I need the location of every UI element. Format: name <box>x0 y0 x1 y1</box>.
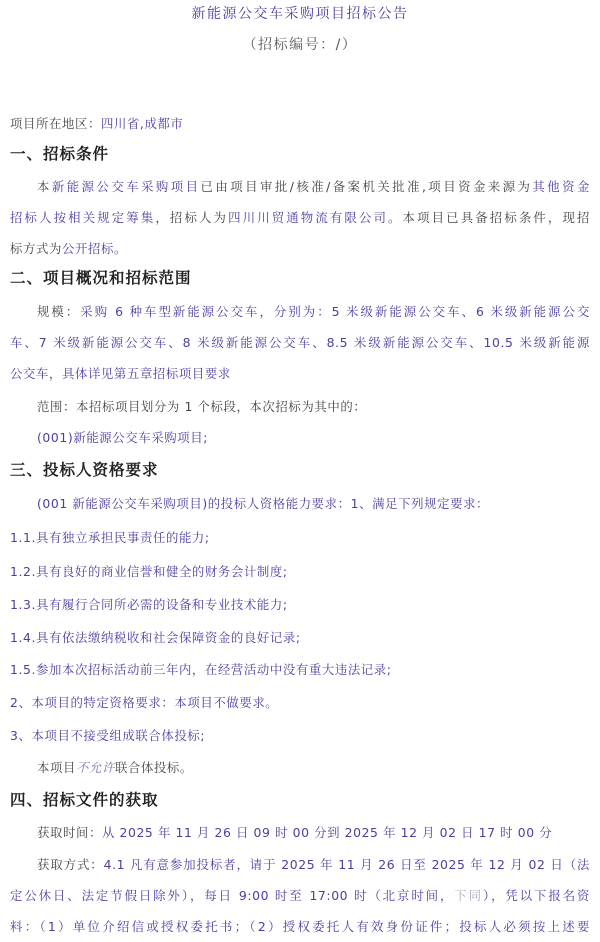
location-label: 项目所在地区： <box>10 116 101 131</box>
scope-text: 本招标项目划分为 1 个标段，本次招标为其中的： <box>76 399 366 414</box>
section-1-line-3: 标方式为公开招标。 <box>10 241 590 257</box>
text: 已由项目审批/核准/备案机关批准,项目资金来源为 <box>201 179 533 194</box>
acquisition-time: 获取时间：从 2025 年 11 月 26 日 09 时 00 分到 2025 … <box>10 825 590 841</box>
text: 联合体投标。 <box>115 760 193 775</box>
scale-line-2: 车、7 米级新能源公交车、8 米级新能源公交车、8.5 米级新能源公交车、10.… <box>10 335 590 351</box>
section-1-line-1: 本新能源公交车采购项目已由项目审批/核准/备案机关批准,项目资金来源为其他资金 <box>10 179 590 195</box>
text: 标方式为 <box>10 241 62 256</box>
qualification-intro: (001 新能源公交车采购项目)的投标人资格能力要求：1、满足下列规定要求： <box>10 496 590 512</box>
acquisition-method-line-2: 定公休日、法定节假日除外），每日 9:00 时至 17:00 时（北京时间，下同… <box>10 888 590 904</box>
tender-number: （招标编号：/） <box>0 37 600 53</box>
lot-name: (001)新能源公交车采购项目; <box>10 430 590 446</box>
method-text: 定公休日、法定节假日除外），每日 9:00 时至 17:00 时（北京时间， <box>10 888 454 903</box>
section-1-line-2: 招标人按相关规定筹集，招标人为四川川贸通物流有限公司。本项目已具备招标条件，现招 <box>10 210 590 226</box>
tender-method: 公开招标 <box>62 241 114 256</box>
method-text: ），凭以下报名资 <box>483 888 590 903</box>
section-3-heading: 三、投标人资格要求 <box>10 462 590 478</box>
acquisition-method-line-3: 料：（1）单位介绍信或授权委托书；（2）授权委托人有效身份证件；投标人必须按上述… <box>10 919 590 935</box>
scale-line-3: 公交车，具体详见第五章招标项目要求 <box>10 366 590 382</box>
consortium-rule: 3、本项目不接受组成联合体投标; <box>10 728 590 744</box>
qualification-item: 1.3.具有履行合同所必需的设备和专业技术能力; <box>10 597 590 613</box>
acquisition-method-line-1: 获取方式：4.1 凡有意参加投标者，请于 2025 年 11 月 26 日至 2… <box>10 857 590 873</box>
fund-source-cont: 招标人按相关规定筹集 <box>10 210 155 225</box>
section-2-heading: 二、项目概况和招标范围 <box>10 270 590 286</box>
text: 本 <box>37 179 52 194</box>
scale-label: 规模： <box>37 304 80 319</box>
location-value: 四川省,成都市 <box>101 116 183 131</box>
document-title: 新能源公交车采购项目招标公告 <box>0 6 600 22</box>
consortium-note: 本项目不允许联合体投标。 <box>10 760 590 776</box>
section-1-heading: 一、招标条件 <box>10 146 590 162</box>
scope-line: 范围：本招标项目划分为 1 个标段，本次招标为其中的： <box>10 399 590 415</box>
scope-label: 范围： <box>37 399 76 414</box>
tenderer-name: 四川川贸通物流有限公司 <box>228 210 388 225</box>
method-text-faded: 下同 <box>454 888 483 903</box>
text: ，招标人为 <box>155 210 228 225</box>
time-value: 从 2025 年 11 月 26 日 09 时 00 分到 2025 年 12 … <box>102 825 552 840</box>
special-qualification: 2、本项目的特定资格要求：本项目不做要求。 <box>10 695 590 711</box>
fund-source: 其他资金 <box>532 179 590 194</box>
scale-line-1: 规模：采购 6 种车型新能源公交车，分别为：5 米级新能源公交车、6 米级新能源… <box>10 304 590 320</box>
method-label: 获取方式： <box>37 857 104 872</box>
consortium-allowed-value: 不允许 <box>76 760 115 775</box>
section-4-heading: 四、招标文件的获取 <box>10 792 590 808</box>
qualification-item: 1.5.参加本次招标活动前三年内，在经营活动中没有重大违法记录; <box>10 662 590 678</box>
qualification-item: 1.4.具有依法缴纳税收和社会保障资金的良好记录; <box>10 630 590 646</box>
project-name: 新能源公交车采购项目 <box>52 179 201 194</box>
method-text: 4.1 凡有意参加投标者，请于 2025 年 11 月 26 日至 2025 年… <box>104 857 590 872</box>
text: 。本项目已具备招标条件，现招 <box>388 210 590 225</box>
text: 本项目 <box>37 760 76 775</box>
time-label: 获取时间： <box>37 825 102 840</box>
text: 。 <box>114 241 127 256</box>
scale-text: 采购 6 种车型新能源公交车，分别为：5 米级新能源公交车、6 米级新能源公交 <box>80 304 590 319</box>
project-location: 项目所在地区：四川省,成都市 <box>10 116 590 132</box>
qualification-item: 1.2.具有良好的商业信誉和健全的财务会计制度; <box>10 564 590 580</box>
qualification-item: 1.1.具有独立承担民事责任的能力; <box>10 530 590 546</box>
